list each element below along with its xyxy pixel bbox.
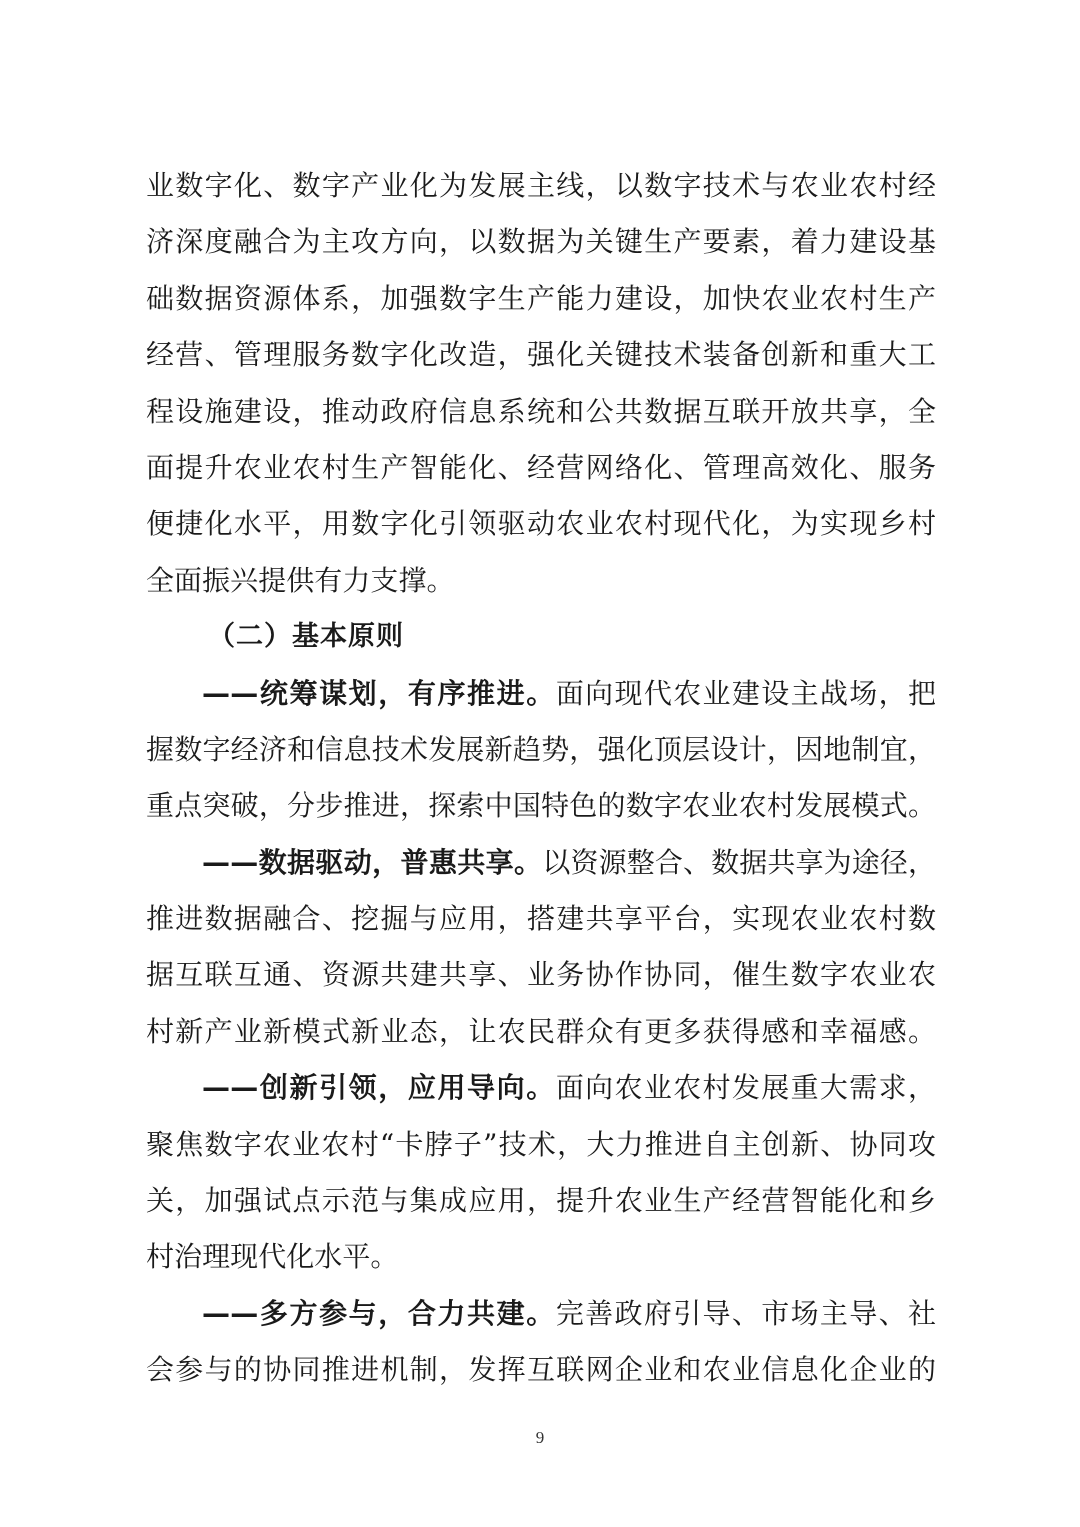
principle-text: 面向现代农业建设主战场，把 bbox=[556, 677, 936, 710]
text-line: 会参与的协同推进机制，发挥互联网企业和农业信息化企业的 bbox=[146, 1342, 936, 1398]
principle-title: ——统筹谋划，有序推进。 bbox=[202, 677, 556, 710]
principle-text: 面向农业农村发展重大需求， bbox=[556, 1071, 936, 1104]
continuation-paragraph: 业数字化、数字产业化为发展主线，以数字技术与农业农村经 济深度融合为主攻方向，以… bbox=[146, 158, 936, 609]
principle-text: 完善政府引导、市场主导、社 bbox=[556, 1297, 936, 1330]
text-line: 村新产业新模式新业态，让农民群众有更多获得感和幸福感。 bbox=[146, 1004, 936, 1060]
principle-first-line: ——创新引领，应用导向。面向农业农村发展重大需求， bbox=[146, 1060, 936, 1116]
principle-paragraph-2: ——数据驱动，普惠共享。以资源整合、数据共享为途径， 推进数据融合、挖掘与应用，… bbox=[146, 835, 936, 1061]
page-body: 业数字化、数字产业化为发展主线，以数字技术与农业农村经 济深度融合为主攻方向，以… bbox=[146, 158, 936, 1399]
text-line: 推进数据融合、挖掘与应用，搭建共享平台，实现农业农村数 bbox=[146, 891, 936, 947]
text-line: 村治理现代化水平。 bbox=[146, 1229, 936, 1285]
text-line: 经营、管理服务数字化改造，强化关键技术装备创新和重大工 bbox=[146, 327, 936, 383]
text-line: 关，加强试点示范与集成应用，提升农业生产经营智能化和乡 bbox=[146, 1173, 936, 1229]
principle-paragraph-1: ——统筹谋划，有序推进。面向现代农业建设主战场，把 握数字经济和信息技术发展新趋… bbox=[146, 666, 936, 835]
section-heading: （二）基本原则 bbox=[146, 609, 936, 665]
document-page: 业数字化、数字产业化为发展主线，以数字技术与农业农村经 济深度融合为主攻方向，以… bbox=[0, 0, 1080, 1527]
page-number: 9 bbox=[0, 1428, 1080, 1448]
text-line: 聚焦数字农业农村“卡脖子”技术，大力推进自主创新、协同攻 bbox=[146, 1117, 936, 1173]
text-line: 重点突破，分步推进，探索中国特色的数字农业农村发展模式。 bbox=[146, 778, 936, 834]
text-line: 济深度融合为主攻方向，以数据为关键生产要素，着力建设基 bbox=[146, 214, 936, 270]
text-line: 础数据资源体系，加强数字生产能力建设，加快农业农村生产 bbox=[146, 271, 936, 327]
text-line: 面提升农业农村生产智能化、经营网络化、管理高效化、服务 bbox=[146, 440, 936, 496]
principle-paragraph-4: ——多方参与，合力共建。完善政府引导、市场主导、社 会参与的协同推进机制，发挥互… bbox=[146, 1286, 936, 1399]
text-line: 握数字经济和信息技术发展新趋势，强化顶层设计，因地制宜， bbox=[146, 722, 936, 778]
principle-title: ——数据驱动，普惠共享。 bbox=[202, 846, 542, 879]
principle-paragraph-3: ——创新引领，应用导向。面向农业农村发展重大需求， 聚焦数字农业农村“卡脖子”技… bbox=[146, 1060, 936, 1286]
text-line: 业数字化、数字产业化为发展主线，以数字技术与农业农村经 bbox=[146, 158, 936, 214]
principle-title: ——创新引领，应用导向。 bbox=[202, 1071, 556, 1104]
text-line: 程设施建设，推动政府信息系统和公共数据互联开放共享，全 bbox=[146, 384, 936, 440]
principle-first-line: ——数据驱动，普惠共享。以资源整合、数据共享为途径， bbox=[146, 835, 936, 891]
principle-first-line: ——统筹谋划，有序推进。面向现代农业建设主战场，把 bbox=[146, 666, 936, 722]
text-line: 全面振兴提供有力支撑。 bbox=[146, 553, 936, 609]
principle-first-line: ——多方参与，合力共建。完善政府引导、市场主导、社 bbox=[146, 1286, 936, 1342]
text-line: 便捷化水平，用数字化引领驱动农业农村现代化，为实现乡村 bbox=[146, 496, 936, 552]
text-line: 据互联互通、资源共建共享、业务协作协同，催生数字农业农 bbox=[146, 947, 936, 1003]
principle-text: 以资源整合、数据共享为途径， bbox=[542, 846, 936, 879]
principle-title: ——多方参与，合力共建。 bbox=[202, 1297, 556, 1330]
